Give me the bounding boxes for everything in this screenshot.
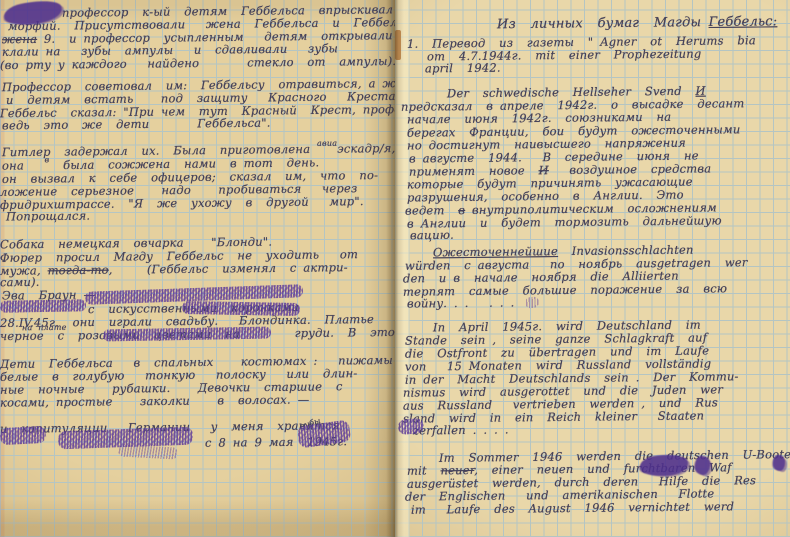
handwriting-line: мужа, тогда-то, (Геббельс изменял с актр… — [0, 261, 348, 277]
heading-name: Геббельс: — [709, 14, 778, 30]
ink-crossout-scribble — [524, 296, 539, 309]
handwriting-line: косами, простые заколки в волосах. — — [0, 393, 309, 408]
handwriting-line: вацию. — [410, 229, 454, 241]
handwriting-line: april 1942. — [425, 62, 501, 75]
handwriting-line: сами). — [0, 276, 40, 288]
handwriting-line: черное с розовыми цветами на груди. В эт… — [0, 326, 395, 342]
handwriting-line: im Laufe des August 1946 vernichtet werd — [411, 500, 734, 515]
handwriting-line: войну. . . . . . — [407, 296, 515, 309]
heading-prefix: Из личных бумаг Магды — [497, 15, 709, 32]
handwriting-line: (во рту у каждого найдено стекло от ампу… — [0, 55, 395, 71]
left-page: профессор к-ый детям Геббельса впрыскива… — [0, 0, 395, 537]
paper-stain — [395, 30, 401, 60]
handwriting-line: и капитуляции Германии у меня хранятся — [0, 419, 340, 435]
notebook-spread-photo: профессор к-ый детям Геббельса впрыскива… — [0, 0, 790, 537]
handwriting-line: в Англии и будет тормозить дальнейшую — [407, 214, 722, 229]
right-page: Из личных бумаг Магды Геббельс: 1. Перев… — [395, 0, 790, 537]
handwriting-line: ведь это же дети Геббельса". — [2, 117, 271, 132]
handwriting-line: Эва Браун — — [2, 289, 95, 302]
handwriting-line: с 8 на 9 мая 1945г. — [205, 435, 347, 448]
handwriting-line: zerfallen . . . . — [413, 423, 509, 436]
ink-crossout-scribble — [118, 444, 179, 459]
handwriting-line: Попрощался. — [6, 210, 90, 223]
